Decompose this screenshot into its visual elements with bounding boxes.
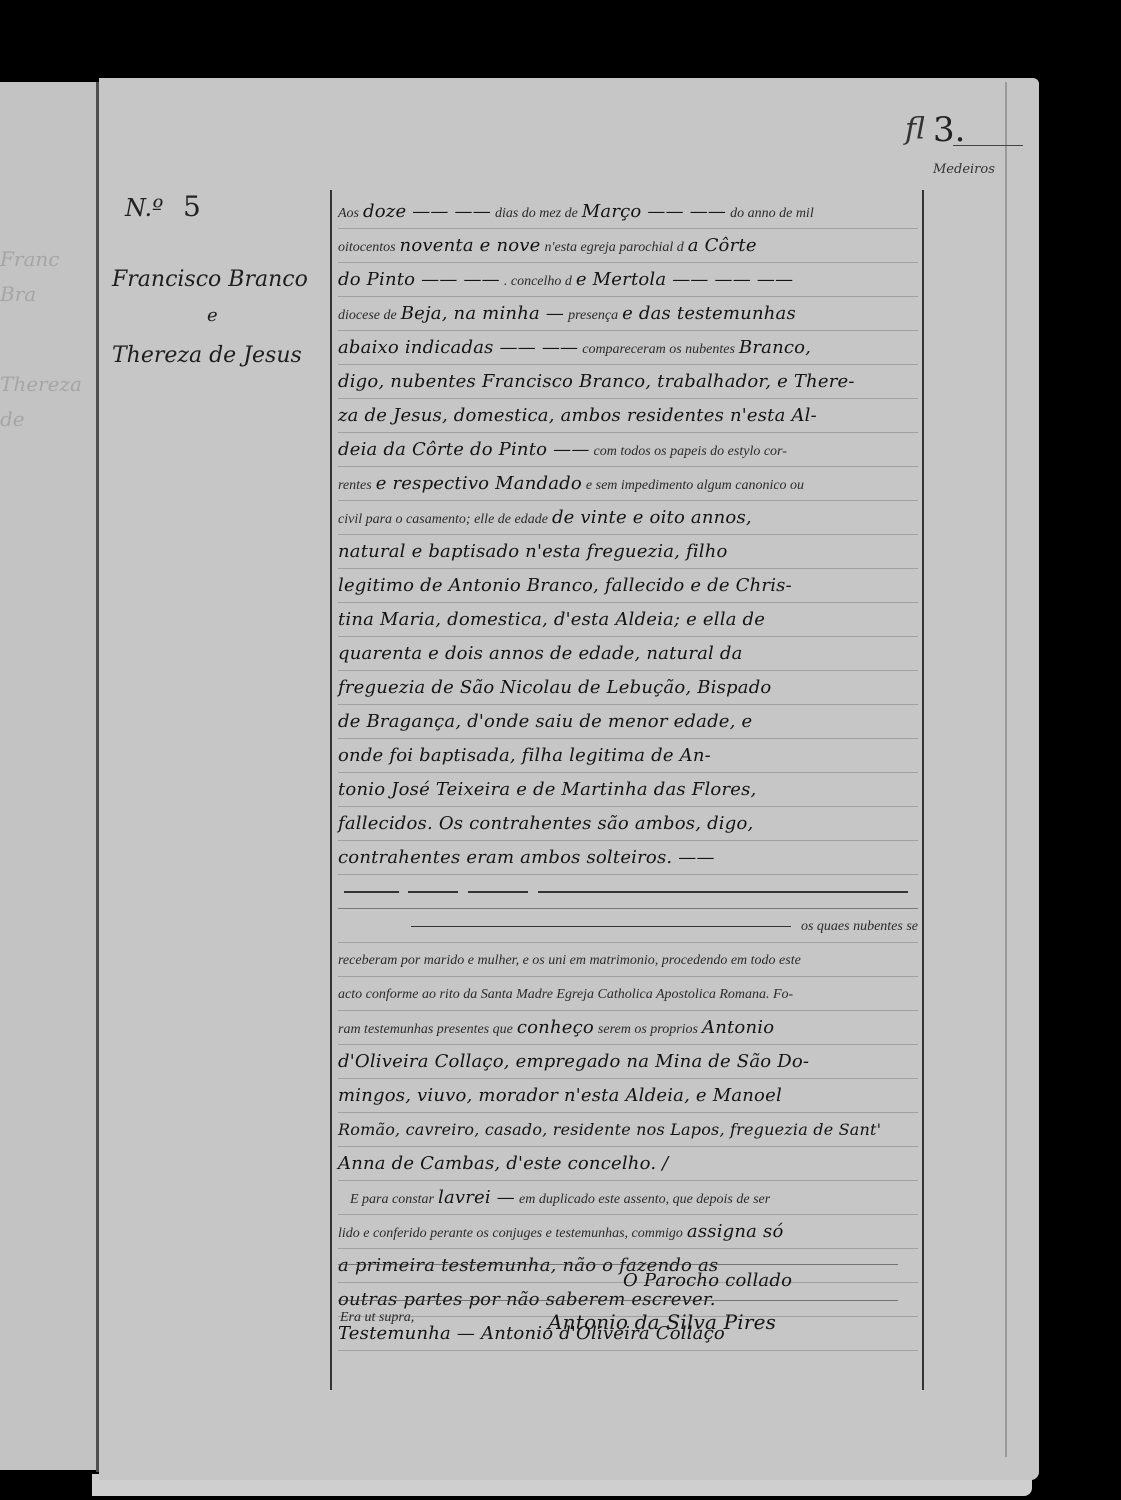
handwritten-text: d'Oliveira Collaço, empregado na Mina de…: [338, 1051, 809, 1072]
record-line: os quaes nubentes se: [338, 909, 918, 943]
folio-underline: [953, 145, 1023, 146]
handwritten-text: e respectivo Mandado: [376, 473, 582, 494]
record-line: quarenta e dois annos de edade, natural …: [338, 637, 918, 671]
handwritten-groom-age: de vinte e oito annos,: [552, 507, 752, 528]
entry-number-value: 5: [183, 190, 201, 223]
priest-signature: Antonio da Silva Pires: [548, 1310, 776, 1334]
record-line: mingos, viuvo, morador n'esta Aldeia, e …: [338, 1079, 918, 1113]
bleed-through-text: Bra: [0, 282, 36, 306]
handwritten-text: do Pinto —— ——: [338, 269, 500, 290]
blank-line: [338, 875, 918, 909]
printed-text: presença: [568, 308, 618, 323]
record-line: civil para o casamento; elle de edade de…: [338, 501, 918, 535]
printed-text: oitocentos: [338, 240, 396, 255]
handwritten-text: quarenta e dois annos de edade, natural …: [338, 643, 743, 664]
handwritten-text: za de Jesus, domestica, ambos residentes…: [338, 405, 817, 426]
record-line: digo, nubentes Francisco Branco, trabalh…: [338, 365, 918, 399]
handwritten-text: abaixo indicadas —— ——: [338, 337, 578, 358]
printed-text: . concelho d: [504, 274, 572, 289]
record-line: freguezia de São Nicolau de Lebução, Bis…: [338, 671, 918, 705]
handwritten-text: contrahentes eram ambos solteiros. ——: [338, 847, 715, 868]
era-ut-supra: Era ut supra,: [340, 1310, 414, 1326]
printed-text: dias do mez de: [495, 206, 578, 221]
record-line: legitimo de Antonio Branco, fallecido e …: [338, 569, 918, 603]
handwritten-text: freguezia de São Nicolau de Lebução, Bis…: [338, 677, 771, 698]
printed-text: lido e conferido perante os conjuges e t…: [338, 1226, 683, 1241]
folio-page-number: 3.: [933, 110, 965, 150]
page-fold-edge: [1005, 82, 1007, 1457]
signature-rule: [338, 1264, 898, 1265]
handwritten-text: Branco,: [739, 337, 811, 358]
printed-text: compareceram os nubentes: [582, 342, 735, 357]
printed-text: n'esta egreja parochial d: [545, 240, 684, 255]
folio-mark: fl: [905, 112, 925, 147]
handwritten-text: tonio José Teixeira e de Martinha das Fl…: [338, 779, 756, 800]
parish-priest-title: O Parocho collado: [623, 1270, 792, 1291]
record-line: do Pinto —— —— . concelho d e Mertola ——…: [338, 263, 918, 297]
record-line: rentes e respectivo Mandado e sem impedi…: [338, 467, 918, 501]
printed-text: e sem impedimento algum canonico ou: [586, 478, 804, 493]
handwritten-text: Anna de Cambas, d'este concelho. /: [338, 1153, 668, 1174]
handwritten-text: de Bragança, d'onde saiu de menor edade,…: [338, 711, 752, 732]
handwritten-concelho: e Mertola —— —— ——: [576, 269, 793, 290]
handwritten-day: doze —— ——: [363, 201, 491, 222]
handwritten-text: deia da Côrte do Pinto ——: [338, 439, 590, 460]
handwritten-month: Março —— ——: [582, 201, 726, 222]
record-line: diocese de Beja, na minha — presença e d…: [338, 297, 918, 331]
handwritten-text: e das testemunhas: [622, 303, 796, 324]
record-line: Aos doze —— —— dias do mez de Março —— —…: [338, 195, 918, 229]
record-line: abaixo indicadas —— —— compareceram os n…: [338, 331, 918, 365]
bleed-through-text: Thereza: [0, 372, 82, 396]
bride-name: Thereza de Jesus: [112, 338, 322, 374]
record-line: acto conforme ao rito da Santa Madre Egr…: [338, 977, 918, 1011]
handwritten-text: onde foi baptisada, filha legitima de An…: [338, 745, 711, 766]
printed-text: receberam por marido e mulher, e os uni …: [338, 953, 801, 968]
record-border-right: [922, 190, 924, 1390]
filler-dash: [344, 891, 399, 893]
handwritten-parish: a Côrte: [688, 235, 757, 256]
printed-text: em duplicado este assento, que depois de…: [519, 1192, 770, 1207]
names-conjunction: e: [112, 298, 322, 334]
handwritten-witness-name: Antonio: [702, 1017, 774, 1038]
record-line: tina Maria, domestica, d'esta Aldeia; e …: [338, 603, 918, 637]
handwritten-text: fallecidos. Os contrahentes são ambos, d…: [338, 813, 753, 834]
printed-text: diocese de: [338, 308, 397, 323]
printed-text: com todos os papeis do estylo cor-: [594, 444, 787, 459]
facing-page-left: Franc Bra Thereza de: [0, 82, 98, 1470]
record-line: natural e baptisado n'esta freguezia, fi…: [338, 535, 918, 569]
printed-text: os quaes nubentes se: [801, 919, 918, 934]
record-line: Romão, cavreiro, casado, residente nos L…: [338, 1113, 918, 1147]
groom-name: Francisco Branco: [112, 262, 322, 298]
printed-text: acto conforme ao rito da Santa Madre Egr…: [338, 987, 793, 1002]
record-line: ram testemunhas presentes que conheço se…: [338, 1011, 918, 1045]
printed-text: do anno de mil: [730, 206, 814, 221]
handwritten-text: conheço: [517, 1017, 594, 1038]
handwritten-text: natural e baptisado n'esta freguezia, fi…: [338, 541, 728, 562]
record-line: d'Oliveira Collaço, empregado na Mina de…: [338, 1045, 918, 1079]
handwritten-text: assigna só: [687, 1221, 784, 1242]
record-line: E para constar lavrei — em duplicado est…: [338, 1181, 918, 1215]
printed-text: civil para o casamento; elle de edade: [338, 512, 548, 527]
printed-text: ram testemunhas presentes que: [338, 1022, 513, 1037]
folio-rubric: Medeiros: [933, 162, 995, 177]
printed-text: E para constar: [350, 1192, 434, 1207]
filler-dash: [538, 891, 908, 893]
record-line: onde foi baptisada, filha legitima de An…: [338, 739, 918, 773]
record-line: lido e conferido perante os conjuges e t…: [338, 1215, 918, 1249]
printed-text: rentes: [338, 478, 372, 493]
record-line: receberam por marido e mulher, e os uni …: [338, 943, 918, 977]
record-line: fallecidos. Os contrahentes são ambos, d…: [338, 807, 918, 841]
handwritten-text: digo, nubentes Francisco Branco, trabalh…: [338, 371, 855, 392]
filler-dash: [408, 891, 458, 893]
record-line: de Bragança, d'onde saiu de menor edade,…: [338, 705, 918, 739]
record-line: contrahentes eram ambos solteiros. ——: [338, 841, 918, 875]
handwritten-text: mingos, viuvo, morador n'esta Aldeia, e …: [338, 1085, 782, 1106]
entry-number: N.º 5: [125, 190, 201, 223]
margin-names: Francisco Branco e Thereza de Jesus: [112, 262, 322, 374]
record-line: deia da Côrte do Pinto —— com todos os p…: [338, 433, 918, 467]
printed-text: Aos: [338, 206, 359, 221]
record-line: tonio José Teixeira e de Martinha das Fl…: [338, 773, 918, 807]
handwritten-year: noventa e nove: [400, 235, 541, 256]
handwritten-text: tina Maria, domestica, d'esta Aldeia; e …: [338, 609, 765, 630]
handwritten-text: lavrei —: [438, 1187, 515, 1208]
record-line: Anna de Cambas, d'este concelho. /: [338, 1147, 918, 1181]
bleed-through-text: de: [0, 407, 25, 431]
filler-dash: [411, 926, 791, 927]
handwritten-text: Romão, cavreiro, casado, residente nos L…: [338, 1120, 881, 1139]
record-line: oitocentos noventa e nove n'esta egreja …: [338, 229, 918, 263]
bleed-through-text: Franc: [0, 247, 59, 271]
signature-rule: [338, 1300, 898, 1301]
printed-text: serem os proprios: [598, 1022, 698, 1037]
record-border-left: [330, 190, 332, 1390]
handwritten-text: legitimo de Antonio Branco, fallecido e …: [338, 575, 792, 596]
record-line: za de Jesus, domestica, ambos residentes…: [338, 399, 918, 433]
filler-dash: [468, 891, 528, 893]
marriage-record: Aos doze —— —— dias do mez de Março —— —…: [338, 195, 918, 1351]
signature-block: O Parocho collado Era ut supra, Antonio …: [338, 1270, 918, 1370]
handwritten-diocese: Beja, na minha —: [401, 303, 564, 324]
entry-number-label: N.º: [125, 194, 163, 222]
